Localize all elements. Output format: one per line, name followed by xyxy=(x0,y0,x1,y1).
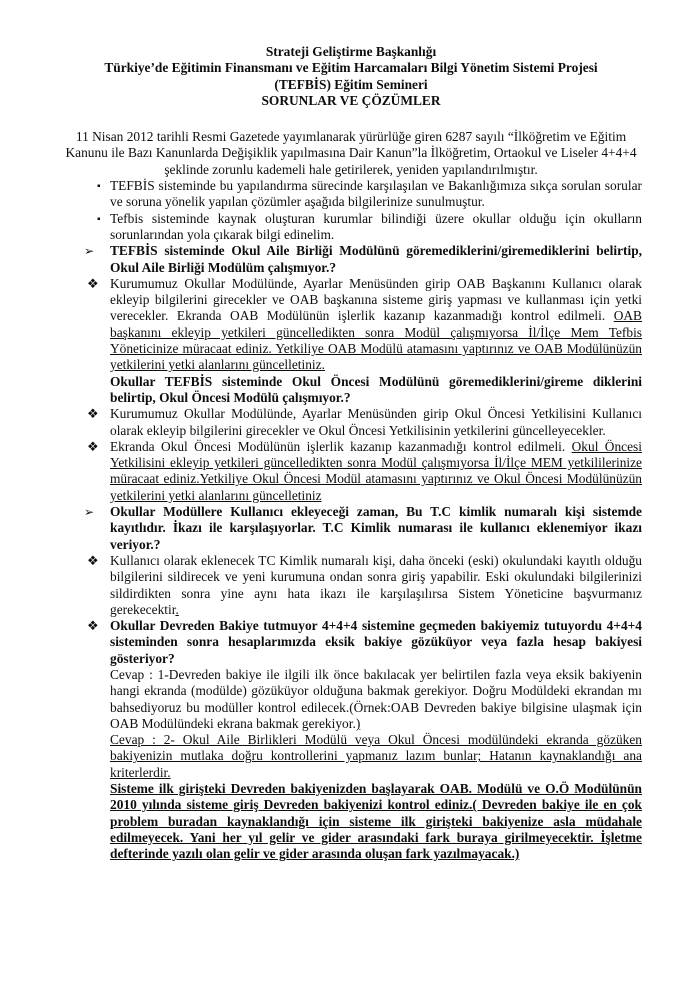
paragraph-text: Okullar TEFBİS sisteminde Okul Öncesi Mo… xyxy=(110,374,642,405)
list-item: Okullar TEFBİS sisteminde Okul Öncesi Mo… xyxy=(60,374,642,407)
paragraph-text: Ekranda Okul Öncesi Modülünün işlerlik k… xyxy=(110,439,642,503)
diamond-bullet-icon: ❖ xyxy=(87,553,99,569)
paragraph-text: Kurumumuz Okullar Modülünde, Ayarlar Men… xyxy=(110,276,642,372)
document-body: ▪ TEFBİS sisteminde bu yapılandırma süre… xyxy=(60,178,642,862)
paragraph-text: Cevap : 1-Devreden bakiye ile ilgili ilk… xyxy=(110,667,642,731)
list-item: ❖ Kurumumuz Okullar Modülünde, Ayarlar M… xyxy=(60,406,642,439)
list-item: Sisteme ilk girişteki Devreden bakiyeniz… xyxy=(60,781,642,862)
diamond-bullet-icon: ❖ xyxy=(87,406,99,422)
square-bullet-icon: ▪ xyxy=(97,212,101,228)
list-item: ❖ Kullanıcı olarak eklenecek TC Kimlik n… xyxy=(60,553,642,618)
list-item: ➢TEFBİS sisteminde Okul Aile Birliği Mod… xyxy=(60,243,642,276)
document-header: Strateji Geliştirme Başkanlığı Türkiye’d… xyxy=(60,44,642,109)
title-line-2: Türkiye’de Eğitimin Finansmanı ve Eğitim… xyxy=(60,60,642,76)
list-item: ▪Tefbis sisteminde kaynak oluşturan kuru… xyxy=(60,211,642,244)
list-item: Cevap : 2- Okul Aile Birlikleri Modülü v… xyxy=(60,732,642,781)
title-line-4: SORUNLAR VE ÇÖZÜMLER xyxy=(60,93,642,109)
diamond-bullet-icon: ❖ xyxy=(87,439,99,455)
intro-paragraph: 11 Nisan 2012 tarihli Resmi Gazetede yay… xyxy=(60,129,642,178)
list-item: Cevap : 1-Devreden bakiye ile ilgili ilk… xyxy=(60,667,642,732)
paragraph-text: Cevap : 2- Okul Aile Birlikleri Modülü v… xyxy=(110,732,642,780)
list-item: ❖ Kurumumuz Okullar Modülünde, Ayarlar M… xyxy=(60,276,642,374)
list-item: ❖Ekranda Okul Öncesi Modülünün işlerlik … xyxy=(60,439,642,504)
title-line-3: (TEFBİS) Eğitim Semineri xyxy=(60,77,642,93)
paragraph-text: Kullanıcı olarak eklenecek TC Kimlik num… xyxy=(110,553,642,617)
title-line-1: Strateji Geliştirme Başkanlığı xyxy=(60,44,642,60)
arrow-bullet-icon: ➢ xyxy=(84,243,94,259)
diamond-bullet-icon: ❖ xyxy=(87,276,99,292)
paragraph-text: Okullar Modüllere Kullanıcı ekleyeceği z… xyxy=(110,504,642,552)
diamond-bullet-icon: ❖ xyxy=(87,618,99,634)
list-item: ❖Okullar Devreden Bakiye tutmuyor 4+4+4 … xyxy=(60,618,642,667)
paragraph-text: Sisteme ilk girişteki Devreden bakiyeniz… xyxy=(110,781,642,861)
paragraph-text: TEFBİS sisteminde Okul Aile Birliği Modü… xyxy=(110,243,642,274)
document-page: Strateji Geliştirme Başkanlığı Türkiye’d… xyxy=(0,0,700,990)
paragraph-text: Okullar Devreden Bakiye tutmuyor 4+4+4 s… xyxy=(110,618,642,666)
list-item: ▪ TEFBİS sisteminde bu yapılandırma süre… xyxy=(60,178,642,211)
paragraph-text: Tefbis sisteminde kaynak oluşturan kurum… xyxy=(110,211,642,242)
list-item: ➢Okullar Modüllere Kullanıcı ekleyeceği … xyxy=(60,504,642,553)
paragraph-text: TEFBİS sisteminde bu yapılandırma süreci… xyxy=(110,178,642,209)
square-bullet-icon: ▪ xyxy=(97,179,101,195)
paragraph-text: Kurumumuz Okullar Modülünde, Ayarlar Men… xyxy=(110,406,642,437)
arrow-bullet-icon: ➢ xyxy=(84,504,94,520)
